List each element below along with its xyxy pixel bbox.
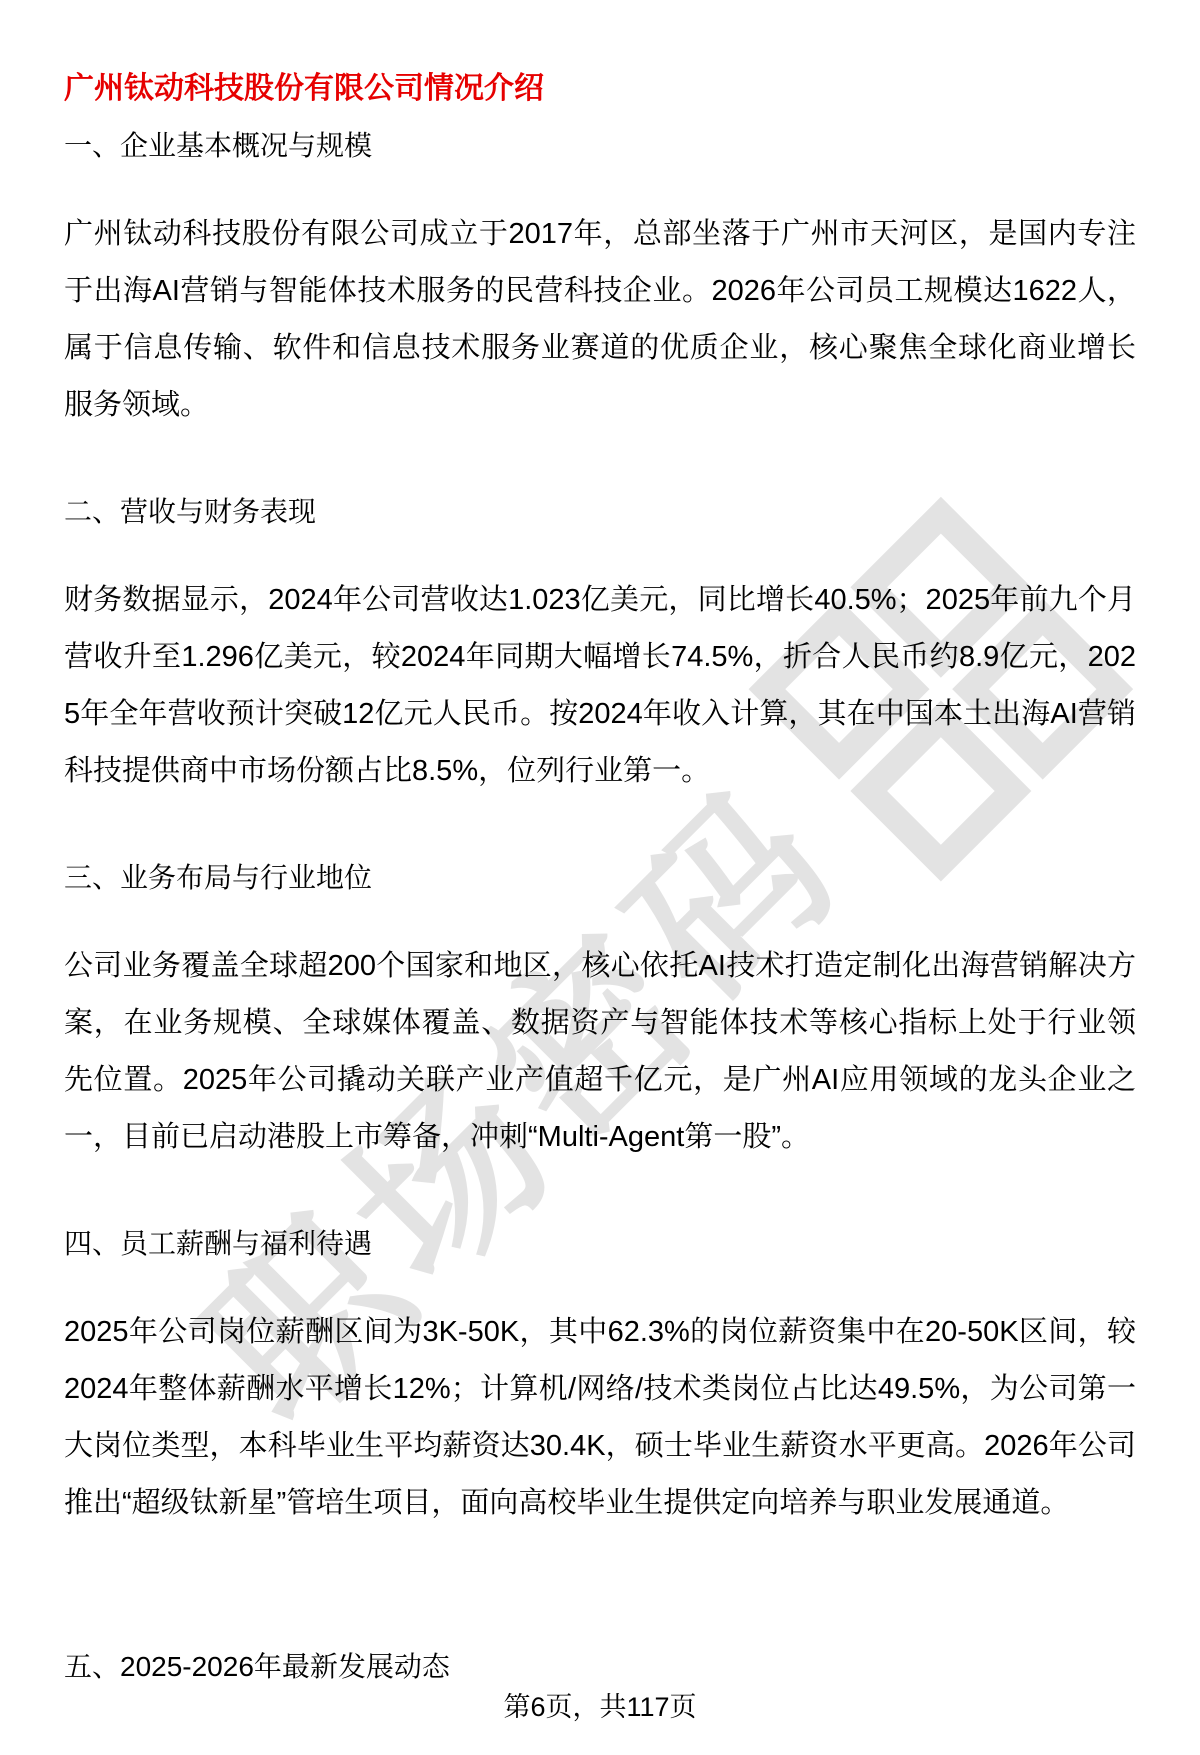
section-revenue-finance: 二、营收与财务表现 财务数据显示，2024年公司营收达1.023亿美元，同比增长… xyxy=(64,494,1136,800)
doc-title: 广州钛动科技股份有限公司情况介绍 xyxy=(64,70,1136,108)
section-latest-developments: 五、2025-2026年最新发展动态 xyxy=(64,1649,1136,1685)
page-number: 第6页，共117页 xyxy=(503,1692,696,1722)
section-body: 2025年公司岗位薪酬区间为3K-50K，其中62.3%的岗位薪资集中在20-5… xyxy=(64,1304,1136,1532)
page-footer: 第6页，共117页 xyxy=(0,1690,1200,1724)
section-company-overview: 一、企业基本概况与规模 广州钛动科技股份有限公司成立于2017年，总部坐落于广州… xyxy=(64,128,1136,434)
section-body: 财务数据显示，2024年公司营收达1.023亿美元，同比增长40.5%；2025… xyxy=(64,572,1136,800)
section-body: 广州钛动科技股份有限公司成立于2017年，总部坐落于广州市天河区，是国内专注于出… xyxy=(64,206,1136,434)
section-heading: 四、员工薪酬与福利待遇 xyxy=(64,1226,1136,1262)
section-business-position: 三、业务布局与行业地位 公司业务覆盖全球超200个国家和地区，核心依托AI技术打… xyxy=(64,860,1136,1166)
section-heading: 二、营收与财务表现 xyxy=(64,494,1136,530)
section-salary-benefits: 四、员工薪酬与福利待遇 2025年公司岗位薪酬区间为3K-50K，其中62.3%… xyxy=(64,1226,1136,1532)
section-heading: 五、2025-2026年最新发展动态 xyxy=(64,1649,1136,1685)
section-heading: 一、企业基本概况与规模 xyxy=(64,128,1136,164)
section-heading: 三、业务布局与行业地位 xyxy=(64,860,1136,896)
section-body: 公司业务覆盖全球超200个国家和地区，核心依托AI技术打造定制化出海营销解决方案… xyxy=(64,938,1136,1166)
